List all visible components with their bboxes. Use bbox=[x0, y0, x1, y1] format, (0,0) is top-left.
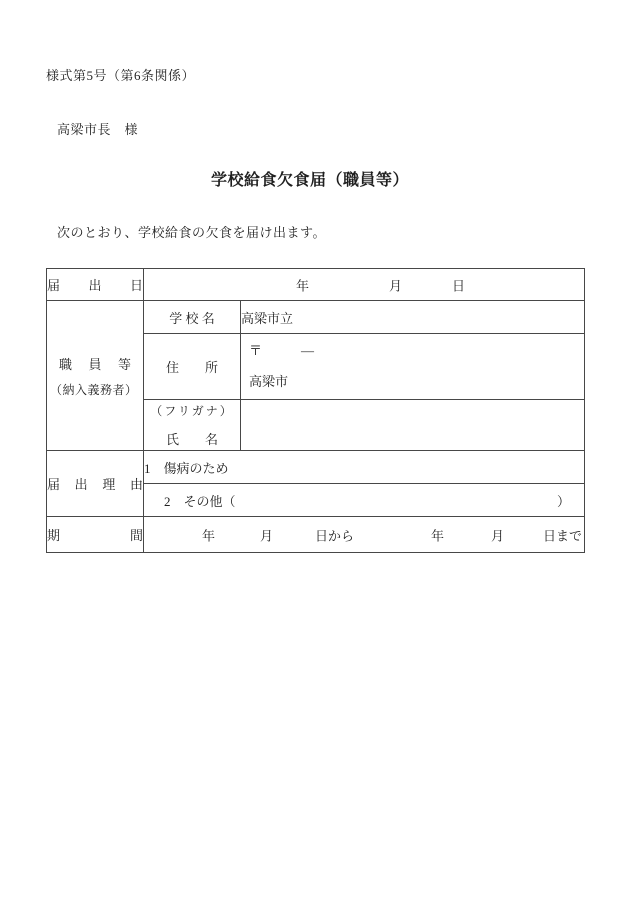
name-label: 氏 名 bbox=[144, 429, 240, 448]
staff-label-line2: （納入義務者） bbox=[47, 381, 143, 398]
form-number: 様式第5号（第6条関係） bbox=[46, 65, 195, 84]
reason-label: 届 出 理 由 bbox=[47, 451, 144, 517]
submission-date-label: 届 出 日 bbox=[47, 269, 144, 301]
address-postal-line: 〒 ― bbox=[249, 340, 584, 359]
address-label: 住 所 bbox=[144, 334, 241, 400]
name-label-cell: （フリガナ） 氏 名 bbox=[144, 400, 241, 451]
reason-option2-suffix: ） bbox=[557, 491, 570, 510]
period-to-month: 月 bbox=[491, 525, 504, 544]
reason-option2-cell: 2 その他（ ） bbox=[144, 484, 585, 517]
row-period: 期 間 年 月 日から 年 月 日まで bbox=[47, 517, 585, 553]
period-from-year: 年 bbox=[202, 525, 215, 544]
submission-date-month: 月 bbox=[389, 275, 402, 294]
submission-date-year: 年 bbox=[296, 275, 309, 294]
reason-option1: 1 傷病のため bbox=[144, 451, 585, 484]
address-city-line: 高梁市 bbox=[249, 371, 584, 390]
period-label: 期 間 bbox=[47, 517, 144, 553]
period-from-day: 日から bbox=[315, 525, 354, 544]
period-from-month: 月 bbox=[260, 525, 273, 544]
staff-label-cell: 職 員 等 （納入義務者） bbox=[47, 301, 144, 451]
document-page: 様式第5号（第6条関係） 高梁市長 様 学校給食欠食届（職員等） 次のとおり、学… bbox=[0, 0, 630, 903]
period-value-cell: 年 月 日から 年 月 日まで bbox=[144, 517, 585, 553]
name-value-cell bbox=[241, 400, 585, 451]
school-name-value: 高梁市立 bbox=[241, 301, 585, 334]
submission-date-day: 日 bbox=[452, 275, 465, 294]
reason-option2-prefix: 2 その他（ bbox=[164, 491, 236, 510]
period-to-day: 日まで bbox=[543, 525, 582, 544]
intro-sentence: 次のとおり、学校給食の欠食を届け出ます。 bbox=[57, 222, 326, 241]
row-school-name: 職 員 等 （納入義務者） 学 校 名 高梁市立 bbox=[47, 301, 585, 334]
furigana-label: （フリガナ） bbox=[144, 402, 240, 419]
staff-label-line1: 職 員 等 bbox=[47, 354, 143, 373]
school-name-label: 学 校 名 bbox=[144, 301, 241, 334]
row-reason-1: 届 出 理 由 1 傷病のため bbox=[47, 451, 585, 484]
submission-date-value-cell: 年 月 日 bbox=[144, 269, 585, 301]
notification-form-table: 届 出 日 年 月 日 職 員 等 （納入義務者） 学 校 名 高梁市立 bbox=[46, 268, 585, 553]
document-title: 学校給食欠食届（職員等） bbox=[0, 167, 620, 190]
address-value-cell: 〒 ― 高梁市 bbox=[241, 334, 585, 400]
period-to-year: 年 bbox=[431, 525, 444, 544]
addressee-line: 高梁市長 様 bbox=[57, 119, 138, 138]
row-submission-date: 届 出 日 年 月 日 bbox=[47, 269, 585, 301]
